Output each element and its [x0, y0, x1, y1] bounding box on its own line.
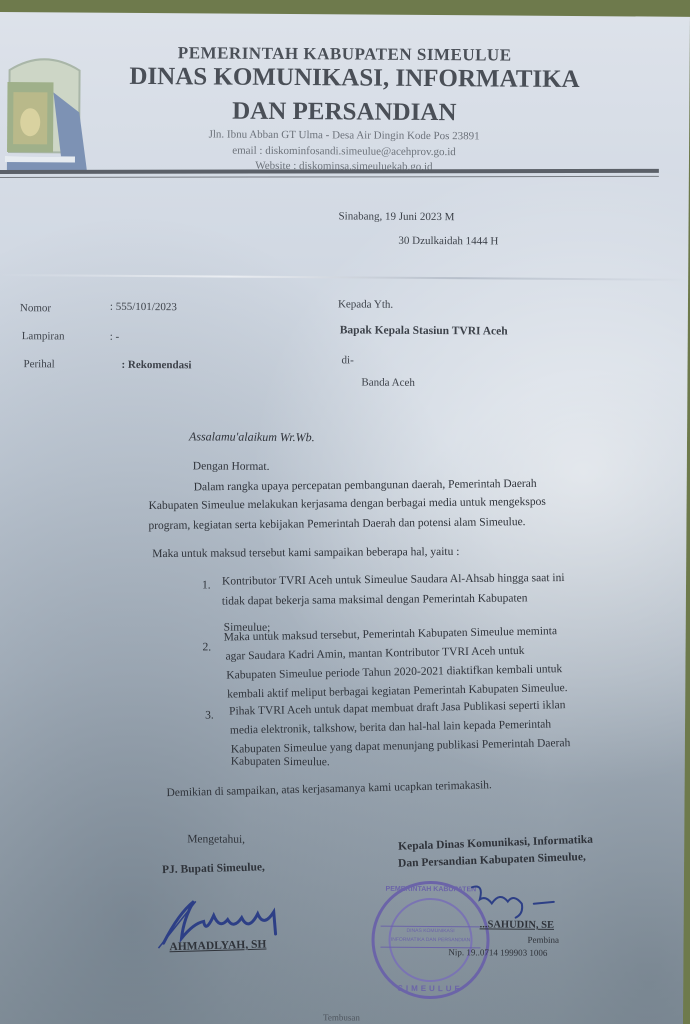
letterhead-email: email : diskominfosandi.simeulue@acehpro…: [0, 143, 689, 160]
item-2-line1: Maka untuk maksud tersebut, Pemerintah K…: [224, 625, 558, 643]
item-2-line2: agar Saudara Kadri Amin, mantan Kontribu…: [225, 645, 524, 663]
salutation: Dengan Hormat.: [193, 460, 270, 473]
footer-fragment: Tembusan: [323, 1012, 360, 1022]
sig-right-name: ...SAHUDIN, SE: [480, 919, 554, 931]
item-3-line1: Pihak TVRI Aceh untuk dapat membuat draf…: [229, 699, 566, 717]
item-3-number: 3.: [205, 709, 214, 721]
letterhead-address: Jln. Ibnu Abban GT Ulma - Desa Air Dingi…: [0, 127, 689, 144]
letterhead-agency-line1: DINAS KOMUNIKASI, INFORMATIKA: [0, 62, 690, 95]
item-1-number: 1.: [202, 579, 211, 591]
item-3-line4: Kabupaten Simeulue.: [231, 756, 330, 769]
sig-right-rank: Pembina: [528, 935, 560, 945]
item-2-number: 2.: [203, 641, 212, 653]
perihal-value: : Rekomendasi: [121, 359, 191, 371]
sig-right-nip: Nip. 19..0714 199903 1006: [448, 947, 547, 958]
item-3-line2: media elektronik, talkshow, berita dan h…: [230, 718, 551, 736]
letter-paper: PEMERINTAH KABUPATEN SIMEULUE DINAS KOMU…: [0, 12, 690, 1024]
intro-line: Maka untuk maksud tersebut kami sampaika…: [152, 546, 459, 560]
lampiran-value: : -: [110, 331, 120, 343]
letterhead-rule-thin: [0, 176, 659, 178]
item-1-line1: Kontributor TVRI Aceh untuk Simeulue Sau…: [222, 572, 565, 588]
item-2-line4: kembali aktif meliput berbagai kegiatan …: [227, 682, 568, 701]
sig-right-title-line1: Kepala Dinas Komunikasi, Informatika: [398, 834, 593, 853]
sig-left-title: PJ. Bupati Simeulue,: [162, 861, 265, 876]
letter-date: Sinabang, 19 Juni 2023 M: [339, 210, 455, 223]
stamp-band-line2: INFORMATIKA DAN PERSANDIAN: [380, 936, 480, 946]
letter-date-hijri: 30 Dzulkaidah 1444 H: [398, 235, 498, 248]
recipient-di: di-: [342, 354, 354, 366]
item-1-line2: tidak dapat bekerja sama maksimal dengan…: [222, 592, 528, 607]
item-3-line3: Kabupaten Simeulue yang dapat menunjang …: [231, 737, 571, 756]
lampiran-label: Lampiran: [22, 330, 65, 342]
nomor-label: Nomor: [20, 302, 51, 314]
paper-fold: [0, 274, 688, 281]
stamp-band: DINAS KOMUNIKASI INFORMATIKA DAN PERSAND…: [380, 926, 480, 949]
greeting: Assalamu'alaikum Wr.Wb.: [189, 429, 315, 445]
recipient-name: Bapak Kepala Stasiun TVRI Aceh: [340, 324, 508, 337]
sig-left-known: Mengetahui,: [187, 833, 245, 845]
recipient-city: Banda Aceh: [361, 377, 415, 389]
letterhead-agency-line2: DAN PERSANDIAN: [0, 96, 689, 129]
nomor-value: : 555/101/2023: [110, 301, 177, 313]
item-2-line3: Kabupaten Simeulue periode Tahun 2020-20…: [226, 663, 562, 681]
stamp-bottom-text: SIMEULUE: [374, 984, 486, 994]
para1-line2: Kabupaten Simeulue melakukan kerjasama d…: [148, 496, 545, 512]
para1-line1: Dalam rangka upaya percepatan pembanguna…: [194, 478, 537, 494]
closing-line: Demikian di sampaikan, atas kerjasamanya…: [166, 779, 492, 799]
para1-line3: program, kegiatan serta kebijakan Pemeri…: [148, 516, 525, 532]
perihal-label: Perihal: [24, 358, 55, 370]
sig-right-title-line2: Dan Persandian Kabupaten Simeulue,: [398, 851, 586, 870]
recipient-to: Kepada Yth.: [338, 298, 393, 310]
